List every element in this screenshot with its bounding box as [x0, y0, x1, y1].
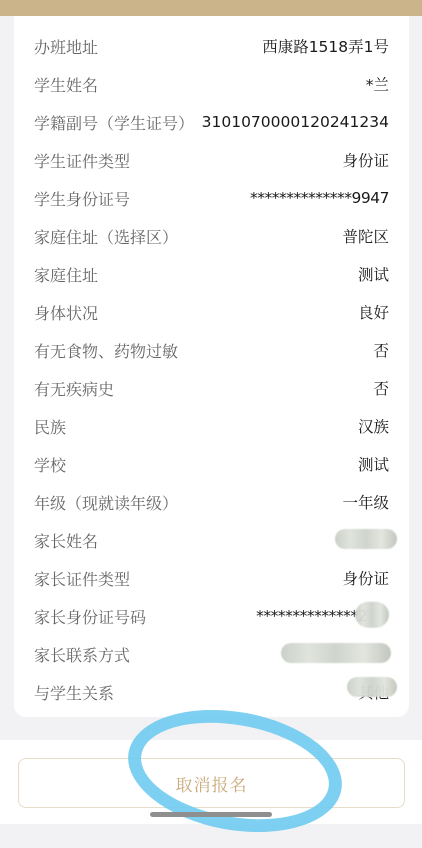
detail-row-home-address: 家庭住址 测试: [14, 255, 409, 293]
detail-row-medical-history: 有无疾病史 否: [14, 369, 409, 407]
detail-row-school: 学校 测试: [14, 445, 409, 483]
detail-row-parent-id-type: 家长证件类型 身份证: [14, 559, 409, 597]
detail-label: 家长证件类型: [34, 567, 130, 590]
home-indicator[interactable]: [150, 812, 272, 817]
detail-row-allergies: 有无食物、药物过敏 否: [14, 331, 409, 369]
privacy-blur: [355, 602, 389, 628]
detail-label: 民族: [34, 415, 66, 438]
detail-row-parent-contact: 家长联系方式: [14, 635, 409, 673]
detail-value: 测试: [358, 263, 389, 285]
detail-label: 家长姓名: [34, 529, 98, 552]
detail-label: 学生姓名: [34, 73, 98, 96]
detail-row-grade: 年级（现就读年级） 一年级: [14, 483, 409, 521]
detail-row-student-number: 学籍副号（学生证号） 3101070000120241234: [14, 103, 409, 141]
detail-label: 年级（现就读年级）: [34, 491, 178, 514]
detail-value: **************9947: [250, 189, 389, 207]
detail-value: 身份证: [342, 567, 389, 589]
detail-label: 身体状况: [34, 301, 98, 324]
detail-row-class-address: 办班地址 西康路1518弄1号: [14, 27, 409, 65]
detail-value: 否: [373, 339, 389, 361]
detail-row-parent-id-number: 家长身份证号码 **************2: [14, 597, 409, 635]
detail-value: 否: [373, 377, 389, 399]
detail-row-student-name: 学生姓名 *兰: [14, 65, 409, 103]
detail-value: *兰: [366, 73, 389, 95]
detail-label: 与学生关系: [34, 681, 114, 704]
detail-row-relationship: 与学生关系 其他: [14, 673, 409, 711]
detail-value: 良好: [358, 301, 389, 323]
detail-label: 有无疾病史: [34, 377, 114, 400]
detail-value: 普陀区: [342, 225, 389, 247]
detail-row-student-id-number: 学生身份证号 **************9947: [14, 179, 409, 217]
detail-row-home-district: 家庭住址（选择区） 普陀区: [14, 217, 409, 255]
privacy-blur: [281, 643, 391, 663]
header-band: [0, 0, 422, 16]
detail-value: 身份证: [342, 149, 389, 171]
detail-label: 学生身份证号: [34, 187, 130, 210]
privacy-blur: [335, 529, 397, 549]
detail-label: 家庭住址（选择区）: [34, 225, 178, 248]
detail-label: 家长联系方式: [34, 643, 130, 666]
detail-value: 一年级: [342, 491, 389, 513]
detail-label: 学生证件类型: [34, 149, 130, 172]
detail-row-parent-name: 家长姓名: [14, 521, 409, 559]
detail-label: 家长身份证号码: [34, 605, 146, 628]
detail-value: 汉族: [358, 415, 389, 437]
detail-row-ethnicity: 民族 汉族: [14, 407, 409, 445]
privacy-blur: [347, 677, 397, 697]
detail-value: 西康路1518弄1号: [262, 35, 389, 57]
detail-row-student-id-type: 学生证件类型 身份证: [14, 141, 409, 179]
detail-row-health: 身体状况 良好: [14, 293, 409, 331]
detail-label: 学籍副号（学生证号）: [34, 111, 194, 134]
detail-label: 办班地址: [34, 35, 98, 58]
registration-details-card: 办班地址 西康路1518弄1号 学生姓名 *兰 学籍副号（学生证号） 31010…: [14, 16, 409, 717]
detail-label: 家庭住址: [34, 263, 98, 286]
detail-value: 3101070000120241234: [202, 113, 389, 131]
detail-label: 学校: [34, 453, 66, 476]
detail-value: 测试: [358, 453, 389, 475]
cancel-registration-button[interactable]: 取消报名: [18, 758, 405, 808]
detail-label: 有无食物、药物过敏: [34, 339, 178, 362]
